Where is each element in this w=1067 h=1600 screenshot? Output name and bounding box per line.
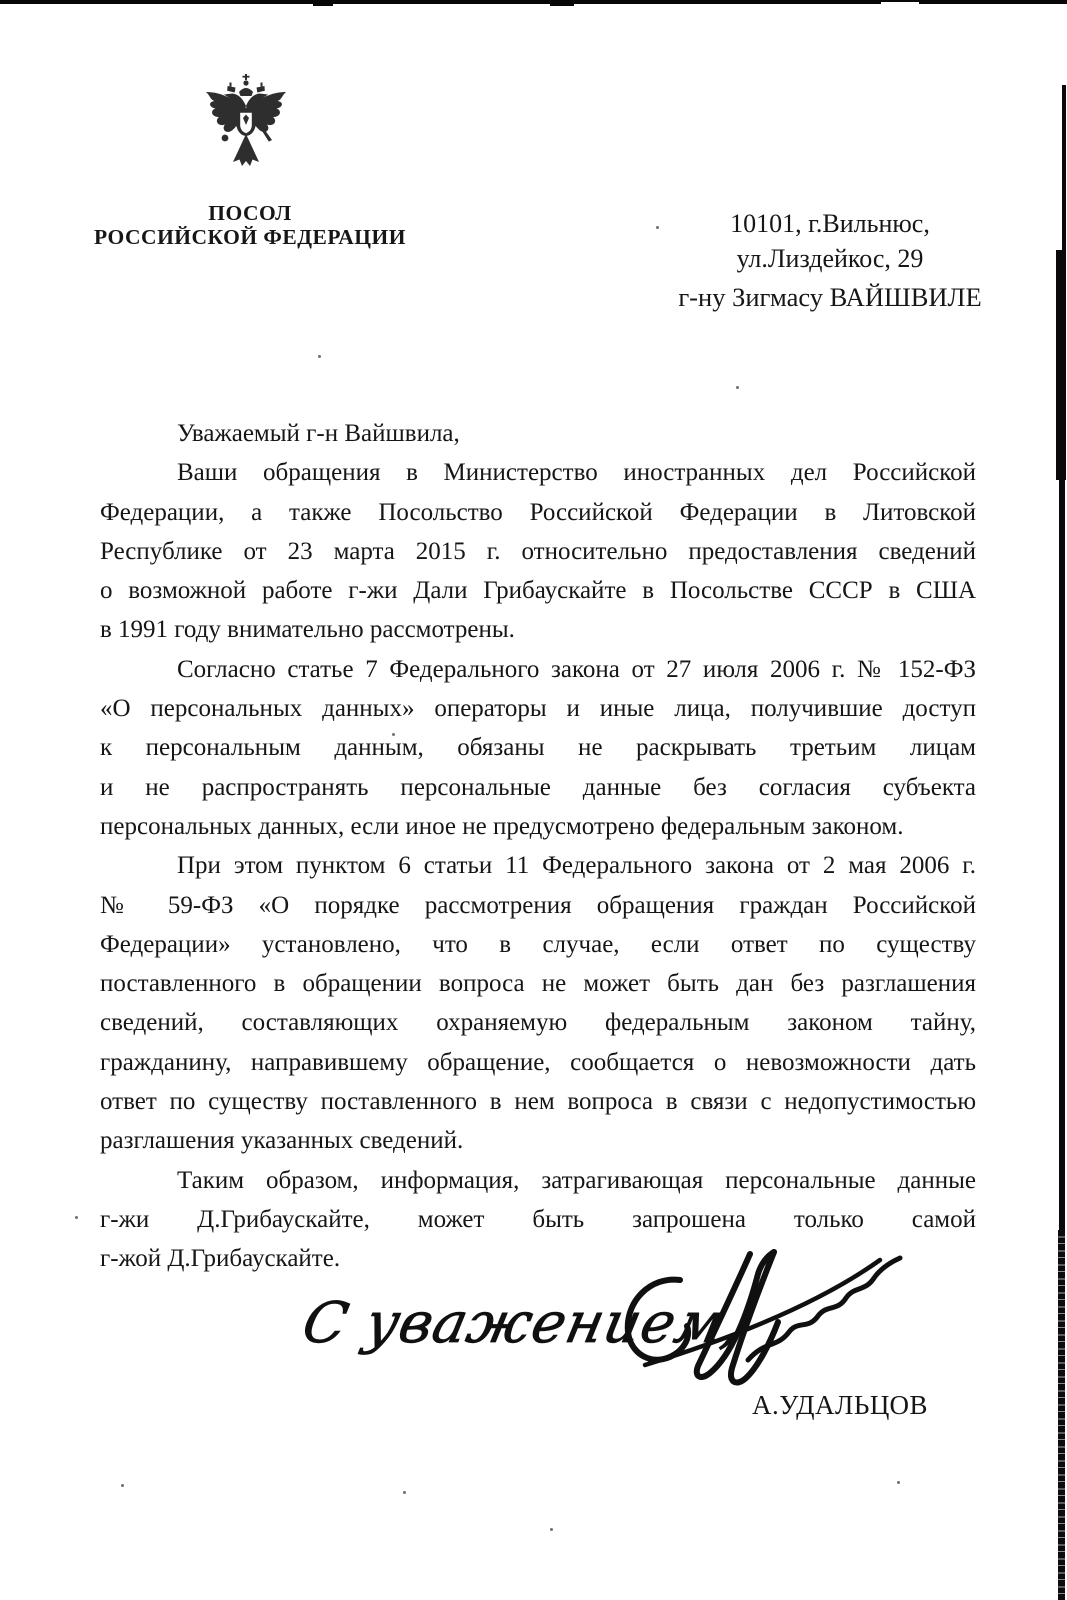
recipient-address-line1: 10101, г.Вильнюс, xyxy=(615,206,1045,241)
scan-artifact-right-band xyxy=(1058,1230,1065,1600)
body-line: Республике от 23 марта 2015 г. относител… xyxy=(100,532,976,571)
body-line: о возможной работе г-жи Дали Грибаускайт… xyxy=(100,571,976,610)
body-line: № 59-ФЗ «О порядке рассмотрения обращени… xyxy=(100,886,976,925)
scan-speck xyxy=(318,355,321,358)
scan-artifact-right-band xyxy=(1059,480,1065,1230)
body-line: Таким образом, информация, затрагивающая… xyxy=(100,1161,976,1200)
sender-title-line2: РОССИЙСКОЙ ФЕДЕРАЦИИ xyxy=(70,226,430,250)
signature-block: С уважением, xyxy=(280,1240,960,1405)
body-line: г-жи Д.Грибаускайте, может быть запрошен… xyxy=(100,1200,976,1239)
scan-speck xyxy=(121,1484,124,1487)
body-line: к персональным данным, обязаны не раскры… xyxy=(100,728,976,767)
scanned-letter-page: ПОСОЛ РОССИЙСКОЙ ФЕДЕРАЦИИ 10101, г.Виль… xyxy=(0,0,1067,1600)
body-line: «О персональных данных» операторы и иные… xyxy=(100,689,976,728)
scan-speck xyxy=(897,1481,900,1484)
signer-name: А.УДАЛЬЦОВ xyxy=(752,1390,928,1421)
scan-artifact-blob xyxy=(550,0,574,6)
scan-speck xyxy=(75,1216,78,1219)
body-line: в 1991 году внимательно рассмотрены. xyxy=(100,610,976,649)
scan-artifact-right-band xyxy=(1062,85,1066,250)
body-line: Ваши обращения в Министерство иностранны… xyxy=(100,453,976,492)
recipient-address-line2: ул.Лиздейкос, 29 xyxy=(615,241,1045,276)
body-line: Уважаемый г-н Вайшвила, xyxy=(100,414,976,453)
body-lines: Уважаемый г-н Вайшвила,Ваши обращения в … xyxy=(100,414,976,1279)
body-line: Федерации» установлено, что в случае, ес… xyxy=(100,925,976,964)
scan-artifact-blob xyxy=(313,0,333,6)
body-line: При этом пунктом 6 статьи 11 Федеральног… xyxy=(100,846,976,885)
scan-speck xyxy=(736,386,739,389)
sender-title: ПОСОЛ РОССИЙСКОЙ ФЕДЕРАЦИИ xyxy=(70,202,430,249)
scan-artifact-right-band xyxy=(1056,250,1066,480)
body-line: гражданину, направившему обращение, сооб… xyxy=(100,1043,976,1082)
scan-speck xyxy=(403,1491,406,1494)
body-line: поставленного в обращении вопроса не мож… xyxy=(100,964,976,1003)
sender-title-line1: ПОСОЛ xyxy=(70,202,430,226)
body-line: и не распространять персональные данные … xyxy=(100,768,976,807)
body-line: разглашения указанных сведений. xyxy=(100,1121,976,1160)
body-line: сведений, составляющих охраняемую федера… xyxy=(100,1003,976,1042)
russian-coat-of-arms-icon xyxy=(194,74,298,174)
body-line: Согласно статье 7 Федерального закона от… xyxy=(100,650,976,689)
body-line: Федерации, а также Посольство Российской… xyxy=(100,493,976,532)
body-line: ответ по существу поставленного в нем во… xyxy=(100,1082,976,1121)
scan-artifact-gap xyxy=(881,2,919,4)
recipient-addressee: г-ну Зигмасу ВАЙШВИЛЕ xyxy=(615,280,1045,315)
scan-speck xyxy=(550,1528,553,1531)
scan-artifact-top-line xyxy=(0,0,1067,4)
body-line: персональных данных, если иное не предус… xyxy=(100,807,976,846)
recipient-block: 10101, г.Вильнюс, ул.Лиздейкос, 29 г-ну … xyxy=(615,206,1045,315)
